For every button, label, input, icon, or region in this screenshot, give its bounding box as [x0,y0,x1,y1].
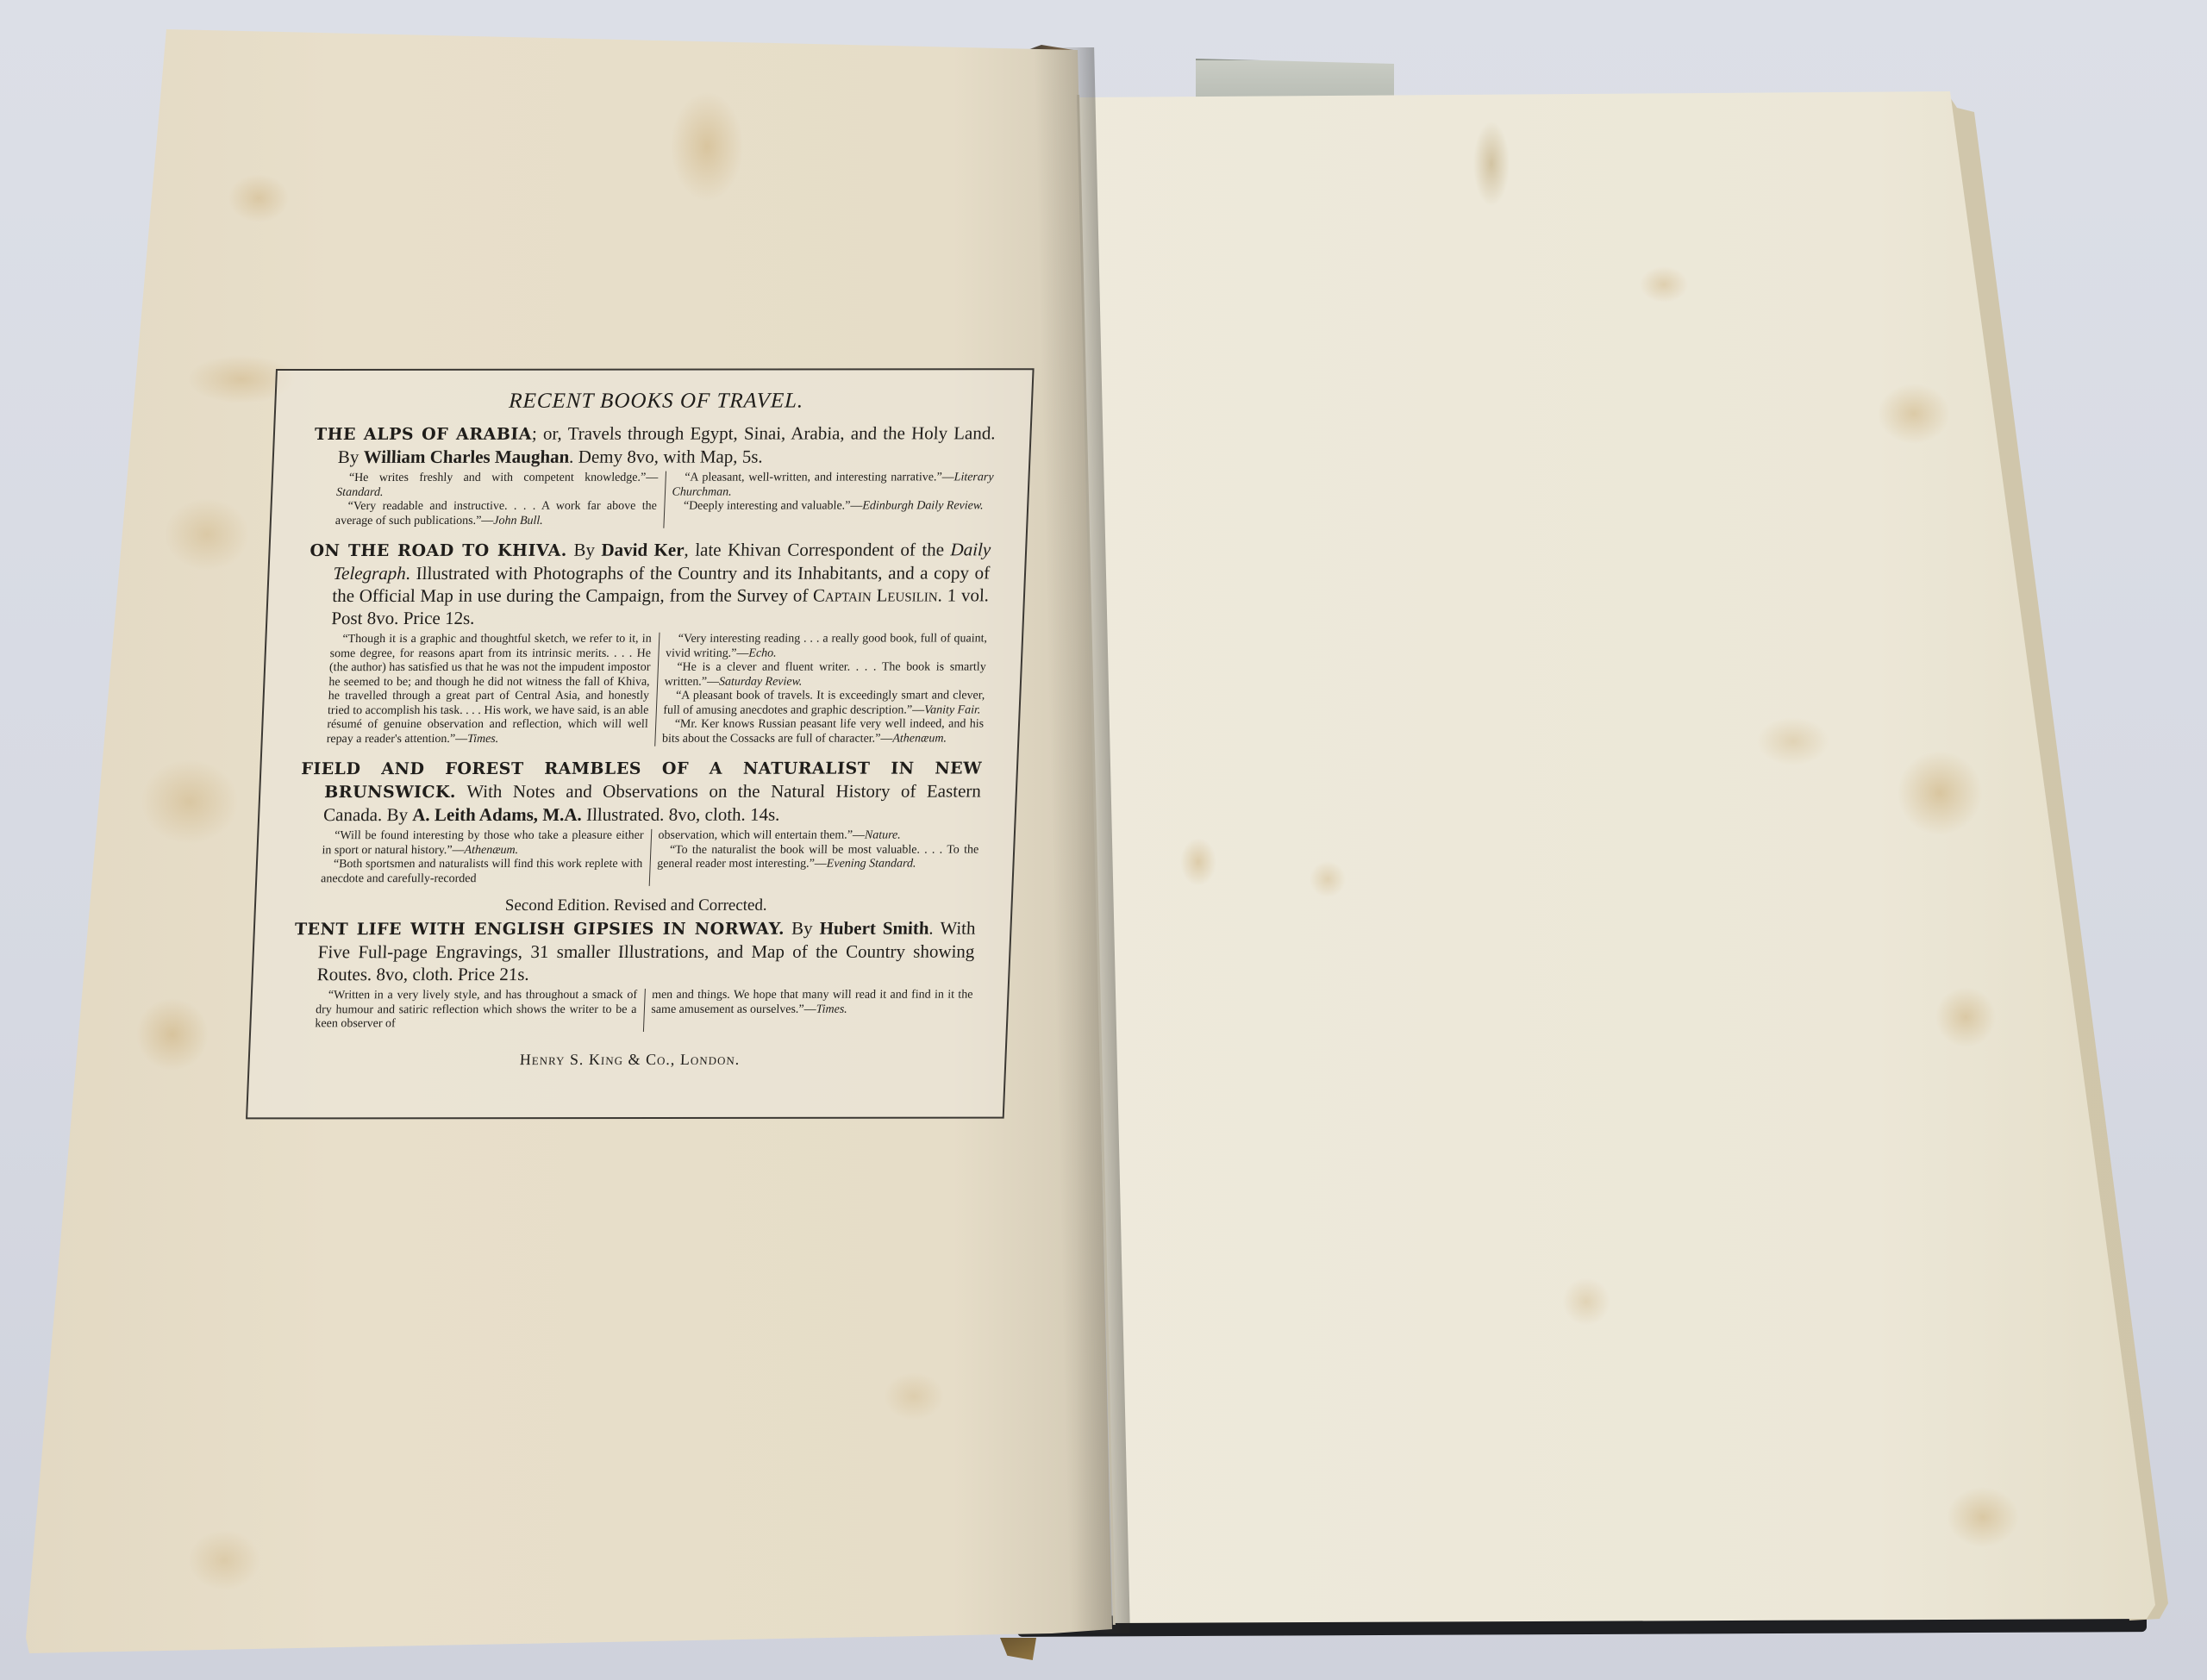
publisher-imprint: Henry S. King & Co., London. [289,1050,970,1069]
book-entry-alps-of-arabia: THE ALPS OF ARABIA; or, Travels through … [311,422,997,528]
review-quote: “He writes freshly and with competent kn… [336,472,659,500]
entry-title-block: TENT LIFE WITH ENGLISH GIPSIES IN NORWAY… [292,917,976,986]
reviews-left-column: “Though it is a graphic and thoughtful s… [326,633,660,746]
book-entry-field-and-forest: FIELD AND FOREST RAMBLES OF A NATURALIST… [297,756,983,886]
reviews-left-column: “Written in a very lively style, and has… [315,989,645,1032]
protruding-insert [1196,59,1394,102]
review-source: John Bull. [493,514,543,527]
review-quote: observation, which will entertain them.”… [658,829,979,844]
review-quote: “Will be found interesting by those who … [322,829,644,858]
review-source: Evening Standard. [827,858,916,871]
reviews: “He writes freshly and with competent kn… [335,471,994,528]
review-quote: “Deeply interesting and valuable.”—Edinb… [672,499,993,514]
review-quote: “Very readable and instructive. . . . A … [335,500,658,528]
reviews-right-column: men and things. We hope that many will r… [643,989,972,1032]
book-details: . Demy 8vo, with Map, 5s. [569,447,763,467]
cover-corner-bottom [1000,1638,1036,1660]
book-details: , late Khivan Correspondent of the [684,539,951,559]
book-author: David Ker [601,540,685,560]
review-quote: “Mr. Ker knows Russian peasant life very… [662,717,985,746]
review-quote: “A pleasant book of travels. It is excee… [663,689,985,717]
review-source: Echo. [748,646,777,659]
book-by: By [785,918,820,939]
review-quote: men and things. We hope that many will r… [651,989,973,1017]
reviews: “Though it is a graphic and thoughtful s… [326,632,987,746]
review-source: Saturday Review. [719,675,803,688]
entry-title-block: THE ALPS OF ARABIA; or, Travels through … [313,422,996,468]
entry-title-block: FIELD AND FOREST RAMBLES OF A NATURALIST… [299,756,983,826]
review-quote: “He is a clever and fluent writer. . . .… [664,660,986,689]
book-title: ON THE ROAD TO KHIVA. [309,541,567,560]
book-author: A. Leith Adams, M.A. [412,804,582,825]
review-quote: “Written in a very lively style, and has… [315,989,637,1032]
review-source: Athenæum. [464,843,518,856]
book-entry-tent-life: Second Edition. Revised and Corrected. T… [291,896,977,1032]
review-source: Athenæum. [892,732,947,745]
ad-heading: RECENT BOOKS OF TRAVEL. [316,389,997,414]
review-quote: “Though it is a graphic and thoughtful s… [326,633,652,746]
reviews-left-column: “Will be found interesting by those who … [321,829,652,886]
review-source: Times. [816,1002,847,1015]
review-source: Times. [467,732,499,745]
review-quote: “Very interesting reading . . . a really… [666,632,988,660]
book-author: William Charles Maughan [363,447,570,467]
advertisement-box: RECENT BOOKS OF TRAVEL. THE ALPS OF ARAB… [246,368,1035,1119]
book-title: THE ALPS OF ARABIA [314,425,532,444]
edition-note: Second Edition. Revised and Corrected. [296,896,978,916]
reviews-right-column: “Very interesting reading . . . a really… [655,632,988,746]
review-quote: “A pleasant, well-written, and interesti… [672,471,994,499]
entry-title-block: ON THE ROAD TO KHIVA. By David Ker, late… [307,538,991,629]
review-source: Vanity Fair. [924,703,981,716]
review-quote: “Both sportsmen and naturalists will fin… [321,858,643,886]
survey-name: Captain Leusilin [813,584,939,605]
reviews: “Will be found interesting by those who … [321,829,979,887]
book-photo: RECENT BOOKS OF TRAVEL. THE ALPS OF ARAB… [0,0,2207,1680]
book-by: By [567,540,602,560]
review-source: Nature. [865,829,901,842]
review-quote: “To the naturalist the book will be most… [657,843,979,871]
book-title: TENT LIFE WITH ENGLISH GIPSIES IN NORWAY… [294,920,785,940]
reviews-right-column: observation, which will entertain them.”… [649,829,979,886]
review-source: Standard. [336,485,384,498]
reviews: “Written in a very lively style, and has… [315,989,973,1032]
reviews-left-column: “He writes freshly and with competent kn… [335,472,666,528]
reviews-right-column: “A pleasant, well-written, and interesti… [664,471,994,528]
review-source: Edinburgh Daily Review. [862,499,984,512]
book-details: Illustrated. 8vo, cloth. 14s. [581,804,780,825]
book-entry-road-to-khiva: ON THE ROAD TO KHIVA. By David Ker, late… [302,538,991,746]
book-author: Hubert Smith [819,918,929,939]
